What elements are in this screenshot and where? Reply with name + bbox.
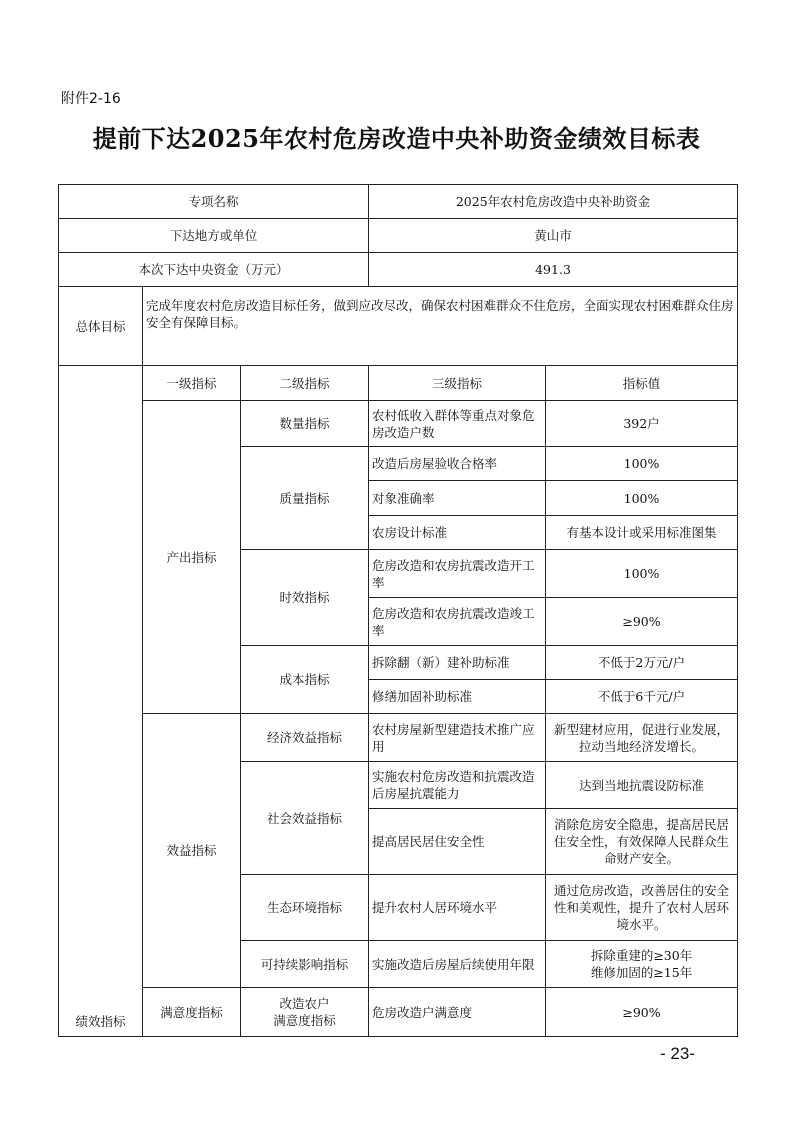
level2-sustainable: 可持续影响指标 [241,941,369,988]
table-row: 满意度指标 改造农户 满意度指标 危房改造户满意度 ≥90% [59,988,738,1037]
level3-indicator: 拆除翻（新）建补助标准 [369,646,546,680]
overall-goal-label: 总体目标 [59,287,143,366]
project-name-value: 2025年农村危房改造中央补助资金 [369,185,738,219]
level2-cost: 成本指标 [241,646,369,714]
indicator-value: ≥90% [546,988,738,1037]
level2-satisfaction: 改造农户 满意度指标 [241,988,369,1037]
header-level3: 三级指标 [369,366,546,401]
indicator-value: 不低于2万元/户 [546,646,738,680]
table-row: 效益指标 经济效益指标 农村房屋新型建造技术推广应用 新型建材应用，促进行业发展… [59,714,738,762]
indicator-value: 100% [546,481,738,516]
indicator-value: 100% [546,550,738,598]
header-level2: 二级指标 [241,366,369,401]
level3-indicator: 实施改造后房屋后续使用年限 [369,941,546,988]
level3-indicator: 农房设计标准 [369,516,546,550]
header-row: 绩效指标 一级指标 二级指标 三级指标 指标值 [59,366,738,401]
level2-ecological: 生态环境指标 [241,875,369,941]
overall-goal-text: 完成年度农村危房改造目标任务，做到应改尽改，确保农村困难群众不住危房，全面实现农… [143,287,738,366]
level3-indicator: 危房改造和农房抗震改造开工率 [369,550,546,598]
level3-indicator: 提高居民居住安全性 [369,809,546,875]
info-row-recipient: 下达地方或单位 黄山市 [59,219,738,253]
performance-target-table: 专项名称 2025年农村危房改造中央补助资金 下达地方或单位 黄山市 本次下达中… [58,184,738,1037]
recipient-label: 下达地方或单位 [59,219,369,253]
indicator-value: 新型建材应用，促进行业发展，拉动当地经济发增长。 [546,714,738,762]
page-title: 提前下达2025年农村危房改造中央补助资金绩效目标表 [0,119,793,154]
indicator-value: 392户 [546,401,738,447]
attachment-label: 附件2-16 [61,88,121,108]
level2-social: 社会效益指标 [241,762,369,875]
indicator-value: 消除危房安全隐患，提高居民居住安全性，有效保障人民群众生命财产安全。 [546,809,738,875]
indicator-value: 达到当地抗震设防标准 [546,762,738,809]
info-row-project: 专项名称 2025年农村危房改造中央补助资金 [59,185,738,219]
level3-indicator: 危房改造和农房抗震改造竣工率 [369,598,546,646]
project-name-label: 专项名称 [59,185,369,219]
fund-label: 本次下达中央资金（万元） [59,253,369,287]
info-row-fund: 本次下达中央资金（万元） 491.3 [59,253,738,287]
level2-timeliness: 时效指标 [241,550,369,646]
level3-indicator: 农村房屋新型建造技术推广应用 [369,714,546,762]
level3-indicator: 修缮加固补助标准 [369,680,546,714]
level1-satisfaction: 满意度指标 [143,988,241,1037]
level2-economic: 经济效益指标 [241,714,369,762]
header-level1: 一级指标 [143,366,241,401]
table-row: 产出指标 数量指标 农村低收入群体等重点对象危房改造户数 392户 [59,401,738,447]
level3-indicator: 对象准确率 [369,481,546,516]
level3-indicator: 提升农村人居环境水平 [369,875,546,941]
level1-benefit: 效益指标 [143,714,241,988]
level3-indicator: 农村低收入群体等重点对象危房改造户数 [369,401,546,447]
header-value: 指标值 [546,366,738,401]
indicator-value: 100% [546,447,738,481]
level3-indicator: 改造后房屋验收合格率 [369,447,546,481]
level2-quantity: 数量指标 [241,401,369,447]
indicator-value: 拆除重建的≥30年 维修加固的≥15年 [546,941,738,988]
indicator-value: 有基本设计或采用标准图集 [546,516,738,550]
performance-label: 绩效指标 [59,366,143,1037]
indicator-value: 不低于6千元/户 [546,680,738,714]
overall-goal-row: 总体目标 完成年度农村危房改造目标任务，做到应改尽改，确保农村困难群众不住危房，… [59,287,738,366]
recipient-value: 黄山市 [369,219,738,253]
indicator-value: ≥90% [546,598,738,646]
fund-value: 491.3 [369,253,738,287]
level3-indicator: 实施农村危房改造和抗震改造后房屋抗震能力 [369,762,546,809]
indicator-value: 通过危房改造，改善居住的安全性和美观性，提升了农村人居环境水平。 [546,875,738,941]
page-number: - 23- [660,1044,695,1064]
level1-output: 产出指标 [143,401,241,714]
level2-quality: 质量指标 [241,447,369,550]
level3-indicator: 危房改造户满意度 [369,988,546,1037]
